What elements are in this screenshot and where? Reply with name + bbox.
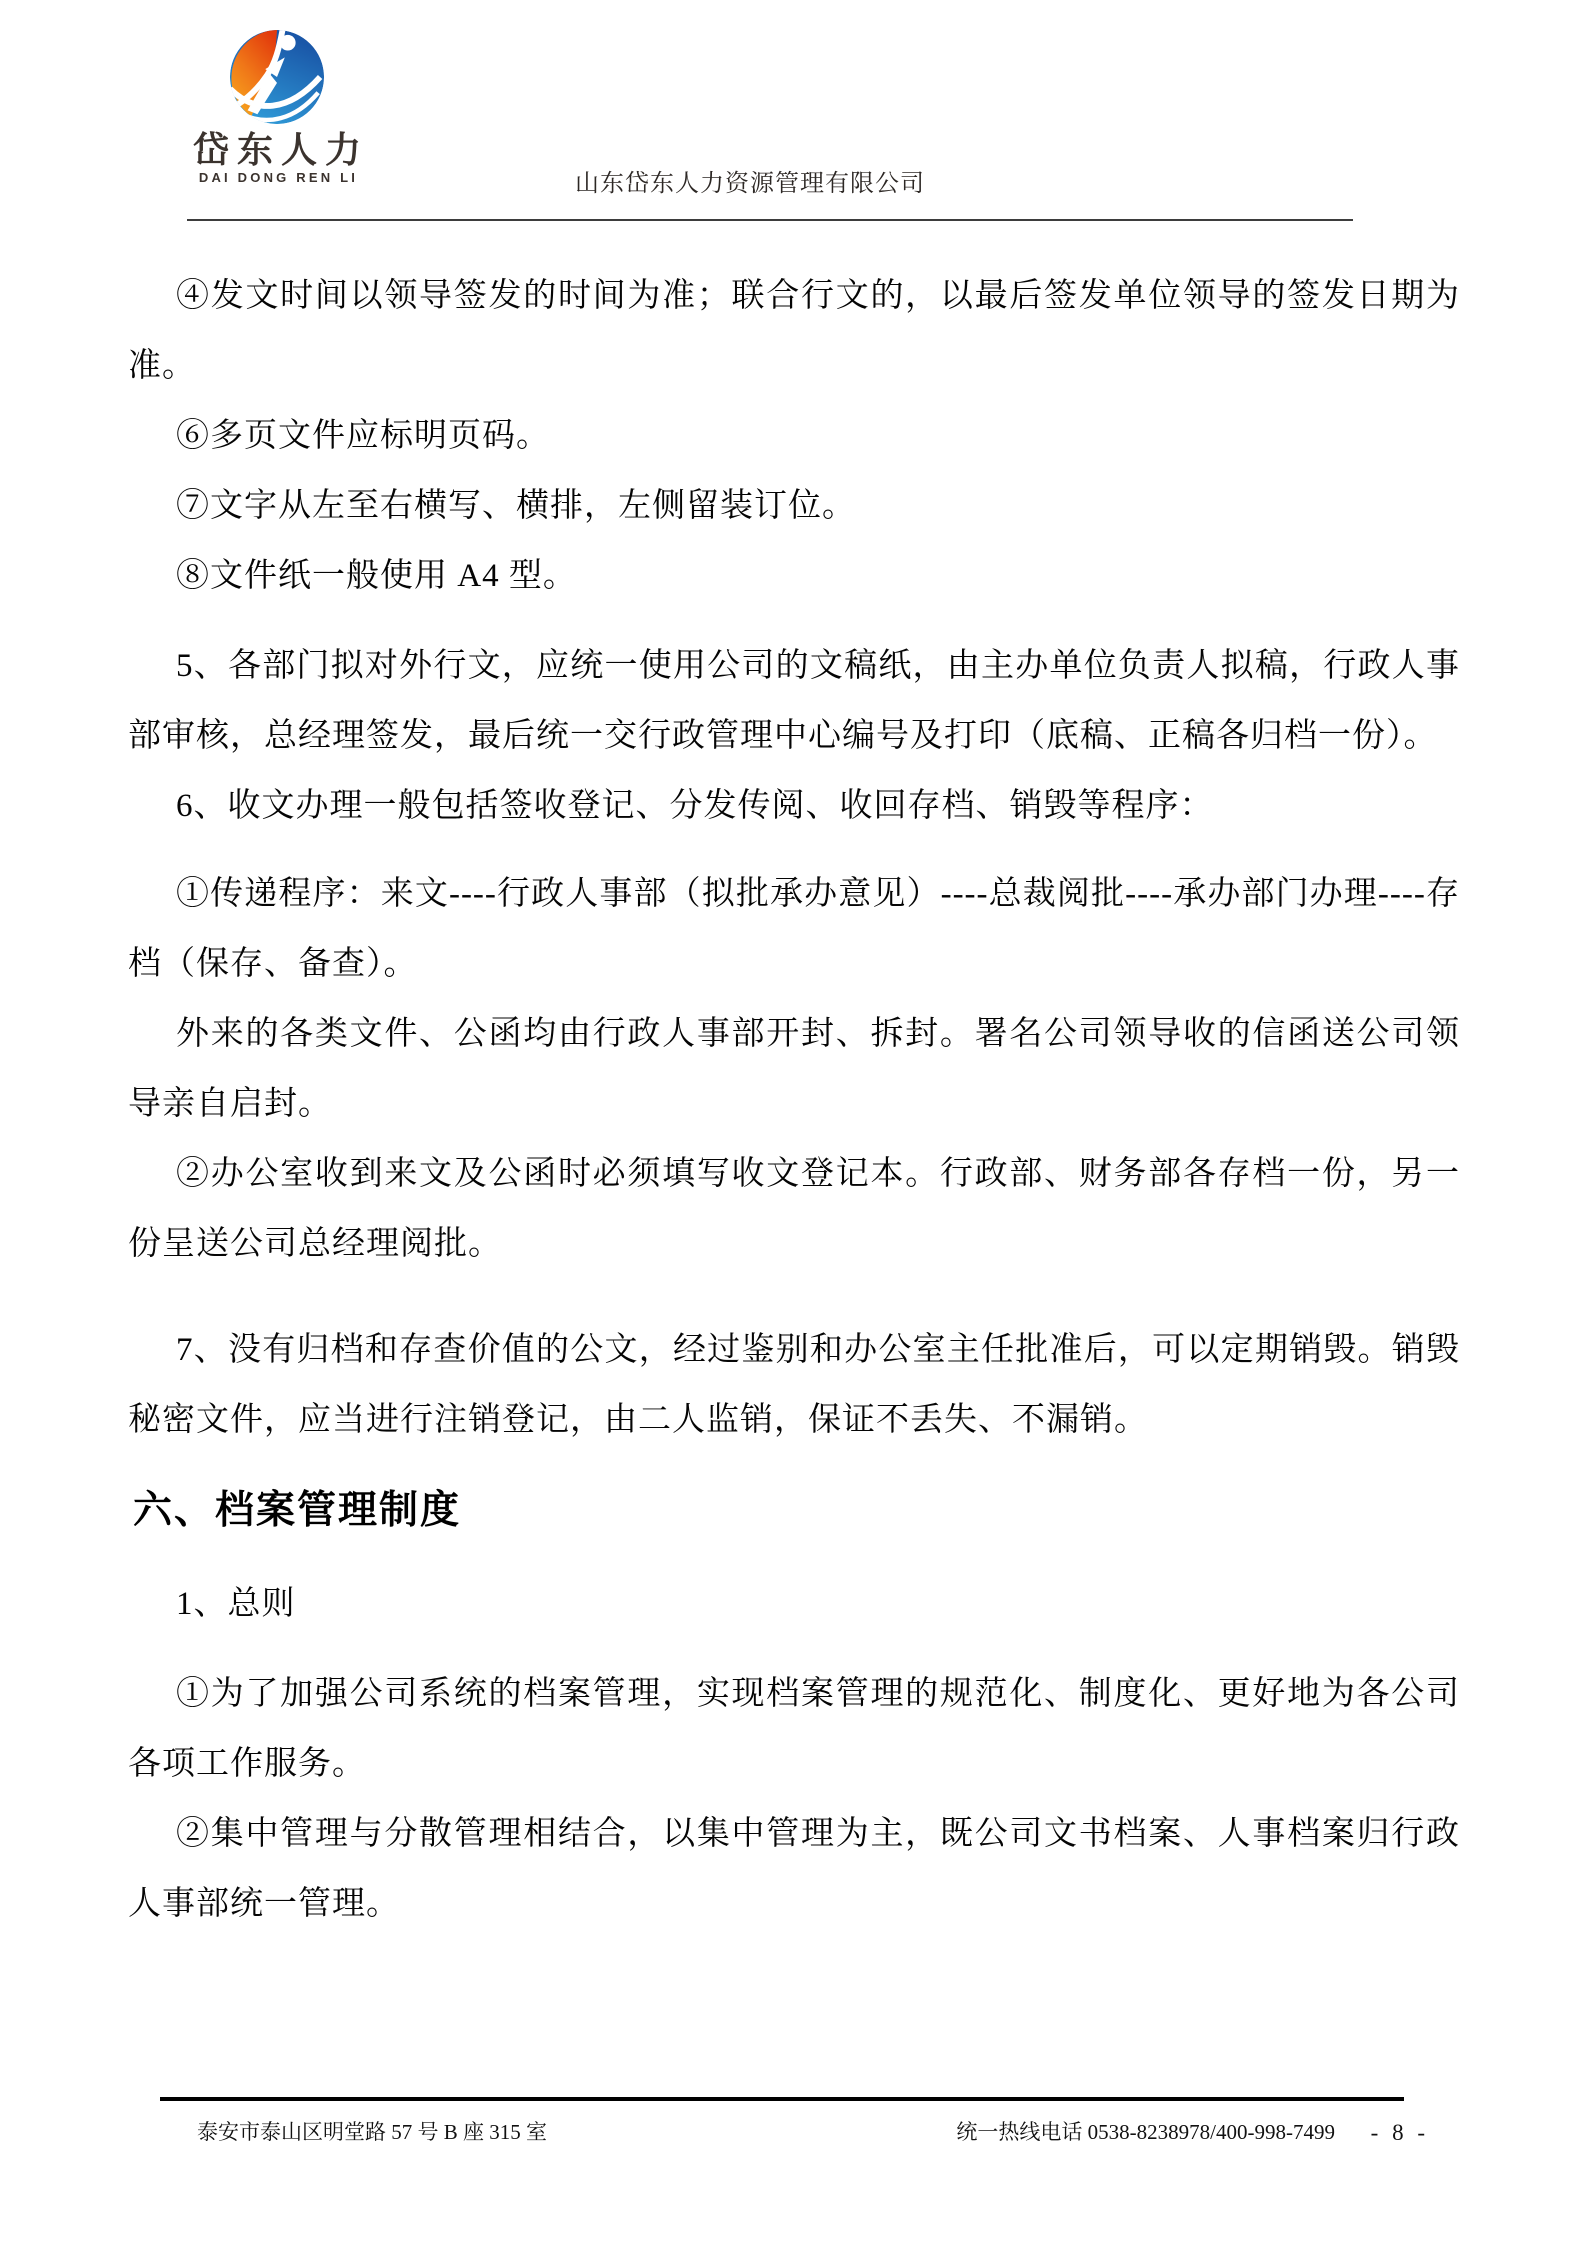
footer-divider [160, 2097, 1404, 2101]
document-page: 岱东人力 DAI DONG REN LI 山东岱东人力资源管理有限公司 ④发文时… [0, 0, 1587, 2245]
paragraph: ②集中管理与分散管理相结合，以集中管理为主，既公司文书档案、人事档案归行政人事部… [128, 1799, 1460, 1939]
paragraph: 1、总则 [128, 1569, 1460, 1639]
logo-name-cn: 岱东人力 [188, 132, 374, 168]
paragraph: ⑧文件纸一般使用 A4 型。 [128, 541, 1460, 611]
paragraph: ①传递程序：来文----行政人事部（拟批承办意见）----总裁阅批----承办部… [128, 859, 1460, 999]
company-name: 山东岱东人力资源管理有限公司 [575, 163, 925, 198]
paragraph: ④发文时间以领导签发的时间为准；联合行文的，以最后签发单位领导的签发日期为准。 [128, 261, 1460, 401]
logo-name-en: DAI DONG REN LI [188, 171, 369, 185]
footer-address: 泰安市泰山区明堂路 57 号 B 座 315 室 [197, 2116, 547, 2146]
paragraph: ⑥多页文件应标明页码。 [128, 401, 1460, 471]
paragraph: ①为了加强公司系统的档案管理，实现档案管理的规范化、制度化、更好地为各公司各项工… [128, 1659, 1460, 1799]
document-body: ④发文时间以领导签发的时间为准；联合行文的，以最后签发单位领导的签发日期为准。⑥… [128, 261, 1460, 1939]
paragraph: ⑦文字从左至右横写、横排，左侧留装订位。 [128, 471, 1460, 541]
paragraph: 5、各部门拟对外行文，应统一使用公司的文稿纸，由主办单位负责人拟稿，行政人事部审… [128, 631, 1460, 771]
company-logo: 岱东人力 DAI DONG REN LI [188, 28, 366, 185]
paragraph: 外来的各类文件、公函均由行政人事部开封、拆封。署名公司领导收的信函送公司领导亲自… [128, 999, 1460, 1139]
header-divider [187, 219, 1353, 221]
paragraph: ②办公室收到来文及公函时必须填写收文登记本。行政部、财务部各存档一份，另一份呈送… [128, 1139, 1460, 1279]
logo-icon [228, 28, 326, 126]
paragraph: 7、没有归档和存查价值的公文，经过鉴别和办公室主任批准后，可以定期销毁。销毁秘密… [128, 1315, 1460, 1455]
footer-hotline: 统一热线电话 0538-8238978/400-998-7499 [956, 2116, 1335, 2146]
section-heading: 六、档案管理制度 [128, 1469, 1460, 1553]
paragraph: 6、收文办理一般包括签收登记、分发传阅、收回存档、销毁等程序： [128, 771, 1460, 841]
page-number: - 8 - [1371, 2120, 1429, 2146]
